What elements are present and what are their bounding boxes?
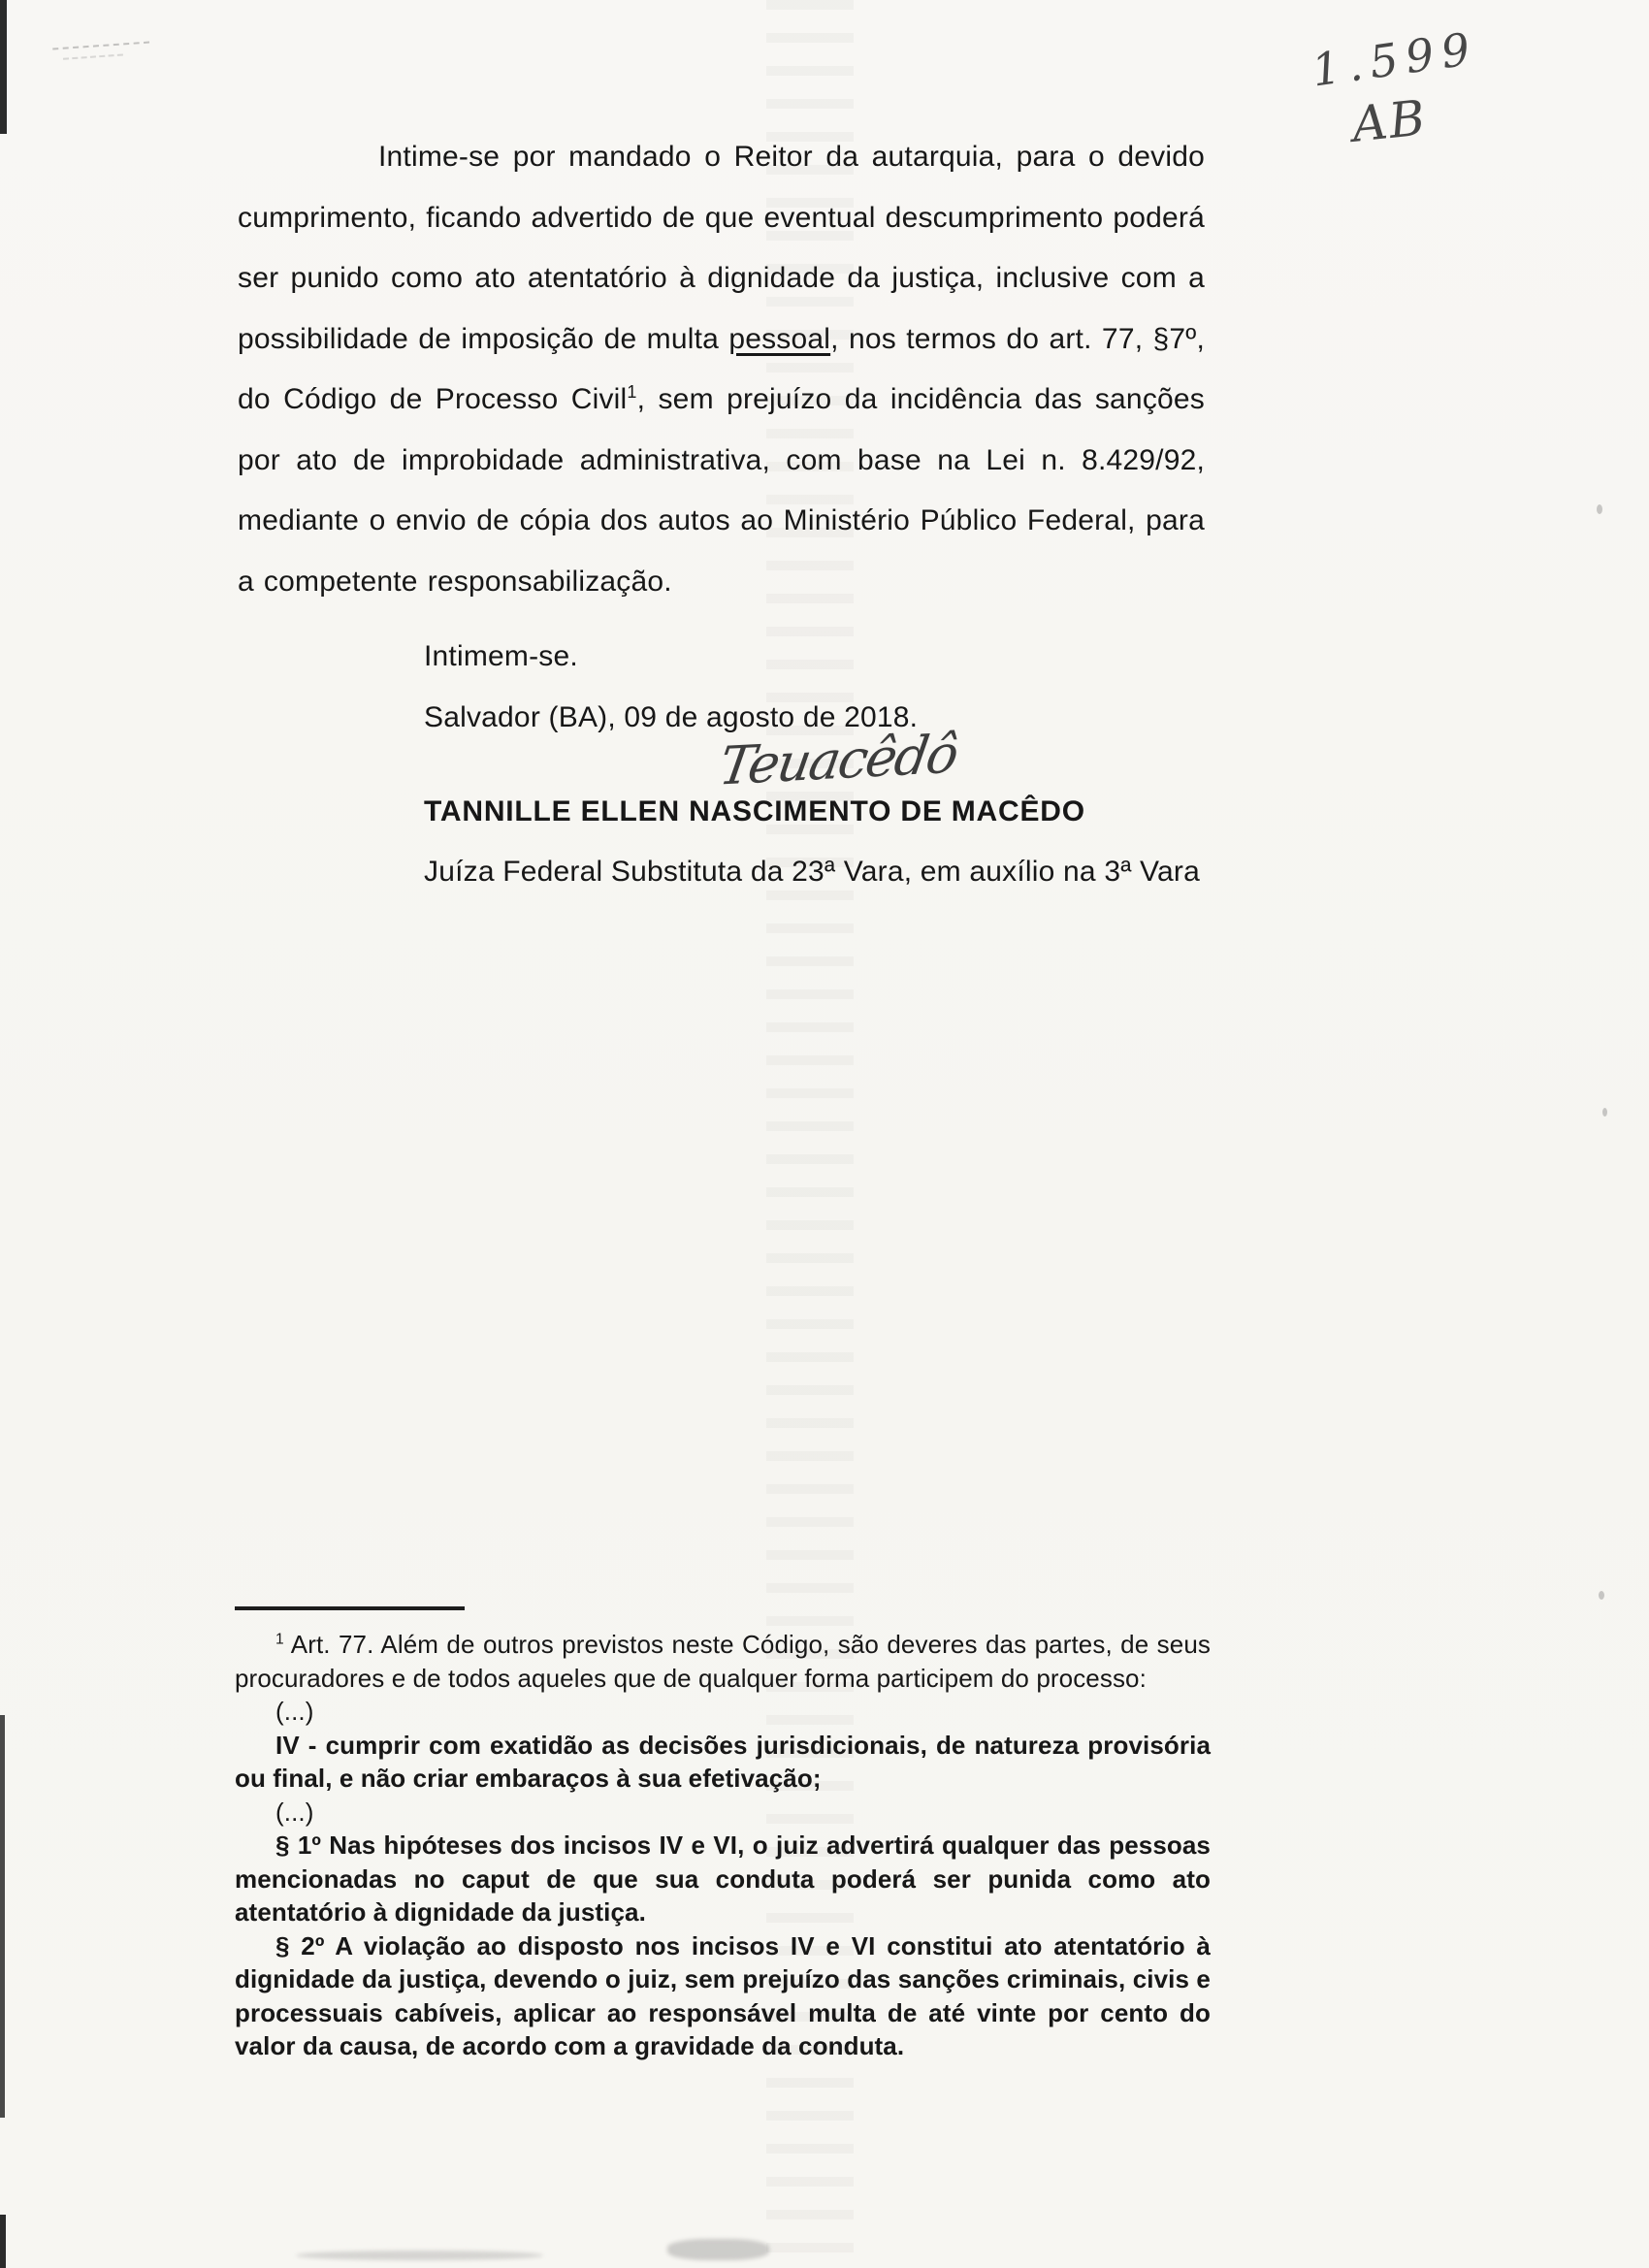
footnote-inciso-iv: IV - cumprir com exatidão as decisões ju… xyxy=(235,1729,1211,1796)
decision-paragraph: Intime-se por mandado o Reitor da autarq… xyxy=(238,127,1205,612)
footnote-number: 1 xyxy=(275,1631,284,1647)
pencil-smudge-mark xyxy=(52,42,151,74)
handwritten-initials: AB xyxy=(1349,89,1430,153)
footnote-paragrafo-2: § 2º A violação ao disposto nos incisos … xyxy=(235,1929,1211,2063)
bottom-smudge xyxy=(296,2251,543,2260)
footnote-ellipsis: (...) xyxy=(235,1796,1211,1830)
scan-speck xyxy=(1597,504,1602,514)
closing-order-line: Intimem-se. xyxy=(424,627,918,688)
judge-name: TANNILLE ELLEN NASCIMENTO DE MACÊDO xyxy=(424,795,1085,828)
handwritten-folio-number: 1.599 xyxy=(1309,21,1481,96)
footnote-separator-rule xyxy=(235,1606,465,1610)
handwritten-signature: Teuacêdô xyxy=(715,723,961,796)
paragraph-text-part3: , sem prejuízo da incidência das sanções… xyxy=(238,383,1205,598)
scan-edge-shadow-top xyxy=(0,0,7,134)
scan-speck xyxy=(1599,1591,1604,1600)
footnote-block: 1 Art. 77. Além de outros previstos nest… xyxy=(235,1628,1211,2063)
footnote-paragraph-art77: 1 Art. 77. Além de outros previstos nest… xyxy=(235,1628,1211,1695)
scanned-court-document-page: 1.599 AB Intime-se por mandado o Reitor … xyxy=(0,0,1649,2268)
scan-edge-shadow-middle xyxy=(0,1715,5,2118)
underlined-word-pessoal: pessoal xyxy=(728,323,830,355)
footnote-reference-marker: 1 xyxy=(627,382,636,402)
footnote-art77-text: Art. 77. Além de outros previstos neste … xyxy=(235,1630,1211,1693)
scan-speck xyxy=(1602,1108,1607,1117)
judge-title: Juíza Federal Substituta da 23ª Vara, em… xyxy=(424,856,1200,889)
footnote-ellipsis: (...) xyxy=(235,1695,1211,1729)
footnote-paragrafo-1: § 1º Nas hipóteses dos incisos IV e VI, … xyxy=(235,1829,1211,1929)
scan-edge-shadow-bottom xyxy=(0,2215,6,2268)
bottom-smudge xyxy=(667,2239,769,2260)
